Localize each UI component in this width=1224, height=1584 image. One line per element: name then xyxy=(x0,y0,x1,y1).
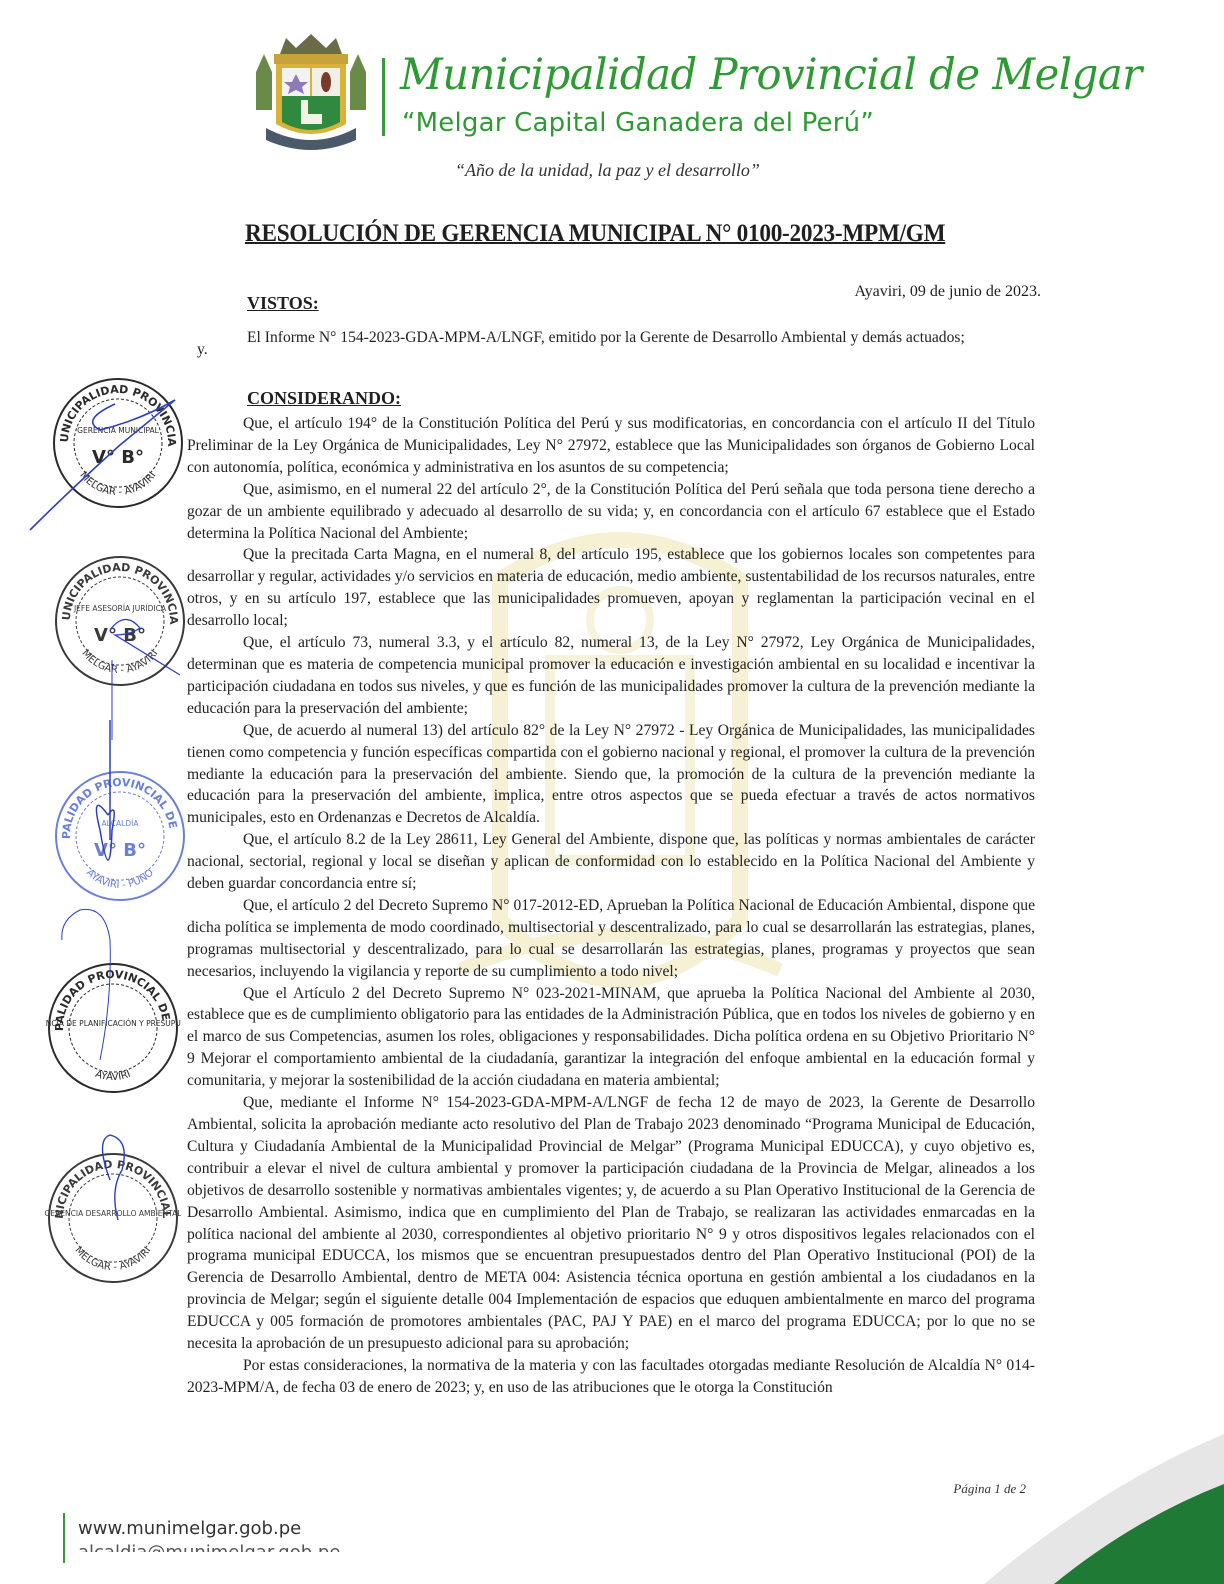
paragraph: Que, el artículo 2 del Decreto Supremo N… xyxy=(187,895,1035,983)
header-divider xyxy=(382,58,385,136)
signature-icon xyxy=(0,360,200,1220)
considerando-heading: CONSIDERANDO: xyxy=(247,388,401,409)
paragraph: Que, el artículo 8.2 de la Ley 28611, Le… xyxy=(187,829,1035,895)
paragraph: Que, el artículo 73, numeral 3.3, y el a… xyxy=(187,632,1035,720)
paragraph: Por estas consideraciones, la normativa … xyxy=(187,1355,1035,1399)
considerando-body: Que, el artículo 194° de la Constitución… xyxy=(187,413,1035,1399)
paragraph: Que, asimismo, en el numeral 22 del artí… xyxy=(187,479,1035,545)
resolution-title: RESOLUCIÓN DE GERENCIA MUNICIPAL N° 0100… xyxy=(245,220,945,248)
paragraph: Que la precitada Carta Magna, en el nume… xyxy=(187,544,1035,632)
coat-of-arms-icon xyxy=(246,32,376,157)
footer-email-link[interactable]: alcaldia@munimelgar.gob.pe xyxy=(78,1542,340,1552)
svg-text:MELGAR - AYAVIRI: MELGAR - AYAVIRI xyxy=(72,1245,153,1273)
paragraph: Que, el artículo 194° de la Constitución… xyxy=(187,413,1035,479)
paragraph: Que, de acuerdo al numeral 13) del artíc… xyxy=(187,720,1035,830)
organization-motto: “Melgar Capital Ganadera del Perú” xyxy=(402,108,874,138)
vistos-text: El Informe N° 154-2023-GDA-MPM-A/LNGF, e… xyxy=(247,327,1040,350)
footer-divider xyxy=(63,1513,65,1563)
organization-name: Municipalidad Provincial de Melgar xyxy=(400,50,1142,100)
document-date: Ayaviri, 09 de junio de 2023. xyxy=(855,283,1042,301)
footer-website-link[interactable]: www.munimelgar.gob.pe xyxy=(78,1518,301,1539)
vistos-tail: y. xyxy=(197,341,208,359)
paragraph: Que el Artículo 2 del Decreto Supremo N°… xyxy=(187,983,1035,1093)
year-motto: “Año de la unidad, la paz y el desarroll… xyxy=(455,160,760,181)
vistos-heading: VISTOS: xyxy=(247,293,319,314)
footer-swoosh-icon xyxy=(984,1424,1224,1584)
paragraph: Que, mediante el Informe N° 154-2023-GDA… xyxy=(187,1092,1035,1355)
